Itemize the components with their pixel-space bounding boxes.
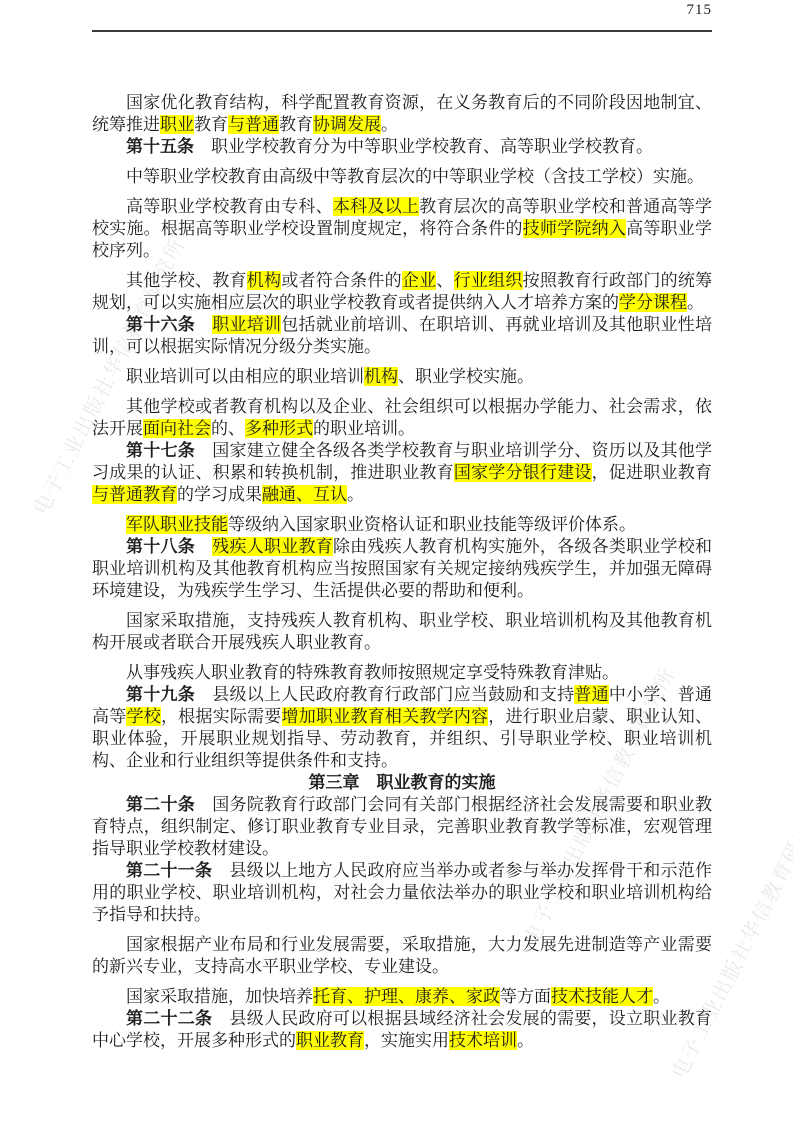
text-run: 的职业培训。 — [313, 419, 415, 438]
article-21: 第二十一条 县级以上地方人民政府应当举办或者参与举办发挥骨干和示范作用的职业学校… — [92, 860, 712, 926]
header-rule — [92, 30, 712, 32]
highlighted-text: 与普通教育 — [92, 485, 177, 504]
para-disabled-support: 国家采取措施，支持残疾人教育机构、职业学校、职业培训机构及其他教育机构开展或者联… — [92, 610, 712, 654]
highlighted-text: 协调发展 — [313, 115, 381, 134]
highlighted-text: 职业教育 — [296, 1031, 364, 1050]
text-run: ，促进职业教育 — [592, 463, 712, 482]
text-run: 。 — [687, 293, 704, 312]
highlighted-text: 残疾人职业教育 — [212, 537, 333, 556]
article-number: 第二十二条 — [126, 1009, 212, 1028]
article-number: 第十八条 — [126, 537, 195, 556]
text-run: 其他学校、教育 — [126, 271, 247, 290]
article-17: 第十七条 国家建立健全各级各类学校教育与职业培训学分、资历以及其他学习成果的认证… — [92, 440, 712, 506]
text-run: 的学习成果 — [177, 485, 262, 504]
highlighted-text: 普通 — [574, 685, 609, 704]
article-number: 第三章 职业教育的实施 — [309, 773, 496, 792]
text-run: 。 — [517, 1031, 534, 1050]
para-other-institutions: 其他学校、教育机构或者符合条件的企业、行业组织按照教育行政部门的统筹规划，可以实… — [92, 270, 712, 314]
para-coordinated-development: 国家优化教育结构，科学配置教育资源，在义务教育后的不同阶段因地制宜、统筹推进职业… — [92, 92, 712, 136]
text-run: ，实施实用 — [364, 1031, 449, 1050]
article-number: 第十六条 — [126, 315, 195, 334]
article-number: 第十五条 — [126, 137, 194, 156]
text-run: 。 — [653, 987, 670, 1006]
article-19: 第十九条 县级以上人民政府教育行政部门应当鼓励和支持普通中小学、普通高等学校，根… — [92, 684, 712, 772]
text-run: 职业培训可以由相应的职业培训 — [126, 367, 364, 386]
text-run: 中等职业学校教育由高级中等教育层次的中等职业学校（含技工学校）实施。 — [126, 167, 704, 186]
highlighted-text: 机构 — [247, 271, 282, 290]
highlighted-text: 机构 — [364, 367, 398, 386]
para-social-training: 其他学校或者教育机构以及企业、社会组织可以根据办学能力、社会需求，依法开展面向社… — [92, 396, 712, 440]
text-run: 教育 — [194, 115, 228, 134]
article-number: 第十七条 — [126, 441, 195, 460]
text-run: 的、 — [211, 419, 245, 438]
text-run: 。 — [381, 115, 398, 134]
para-military-skills: 军队职业技能等级纳入国家职业资格认证和职业技能等级评价体系。 — [92, 514, 712, 536]
document-page: 715 电子工业出版社华信教育研究所 电子工业出版社华信教育研究所 电子工业出版… — [0, 0, 793, 1122]
highlighted-text: 企业 — [402, 271, 437, 290]
highlighted-text: 学分课程 — [619, 293, 687, 312]
page-number: 715 — [687, 2, 713, 19]
highlighted-text: 学校 — [126, 707, 160, 726]
para-secondary-vocational: 中等职业学校教育由高级中等教育层次的中等职业学校（含技工学校）实施。 — [92, 166, 712, 188]
para-industry-majors: 国家根据产业布局和行业发展需要，采取措施，大力发展先进制造等产业需要的新兴专业，… — [92, 934, 712, 978]
highlighted-text: 技术培训 — [449, 1031, 517, 1050]
highlighted-text: 职业培训 — [212, 315, 281, 334]
para-training-providers: 职业培训可以由相应的职业培训机构、职业学校实施。 — [92, 366, 712, 388]
article-number: 第二十一条 — [126, 861, 212, 880]
text-run: 从事残疾人职业教育的特殊教育教师按照规定享受特殊教育津贴。 — [126, 663, 619, 682]
article-16: 第十六条 职业培训包括就业前培训、在职培训、再就业培训及其他职业性培训，可以根据… — [92, 314, 712, 358]
document-body: 国家优化教育结构，科学配置教育资源，在义务教育后的不同阶段因地制宜、统筹推进职业… — [92, 92, 712, 1052]
text-run: 国家根据产业布局和行业发展需要，采取措施，大力发展先进制造等产业需要的新兴专业，… — [92, 935, 712, 976]
highlighted-text: 本科及以上 — [333, 197, 419, 216]
highlighted-text: 行业组织 — [454, 271, 523, 290]
article-22: 第二十二条 县级人民政府可以根据县域经济社会发展的需要，设立职业教育中心学校，开… — [92, 1008, 712, 1052]
article-number: 第二十条 — [126, 795, 195, 814]
text-run: 。 — [347, 485, 364, 504]
chapter-3-heading: 第三章 职业教育的实施 — [92, 772, 712, 794]
text-run — [195, 315, 212, 334]
text-run: 高等职业学校教育由专科、 — [126, 197, 333, 216]
highlighted-text: 融通、互认 — [262, 485, 347, 504]
text-run: ，根据实际需要 — [161, 707, 282, 726]
article-number: 第十九条 — [126, 685, 195, 704]
article-18: 第十八条 残疾人职业教育除由残疾人教育机构实施外，各级各类职业学校和职业培训机构… — [92, 536, 712, 602]
article-20: 第二十条 国务院教育行政部门会同有关部门根据经济社会发展需要和职业教育特点，组织… — [92, 794, 712, 860]
highlighted-text: 托育、护理、康养、家政 — [313, 987, 500, 1006]
text-run: 县级以上人民政府教育行政部门应当鼓励和支持 — [195, 685, 574, 704]
highlighted-text: 面向社会 — [143, 419, 211, 438]
text-run: 、 — [436, 271, 453, 290]
highlighted-text: 多种形式 — [245, 419, 313, 438]
text-run: 或者符合条件的 — [281, 271, 402, 290]
highlighted-text: 技术技能人才 — [551, 987, 653, 1006]
para-higher-vocational: 高等职业学校教育由专科、本科及以上教育层次的高等职业学校和普通高等学校实施。根据… — [92, 196, 712, 262]
highlighted-text: 技师学院纳入 — [523, 219, 626, 238]
highlighted-text: 军队职业技能 — [126, 515, 228, 534]
text-run: 等级纳入国家职业资格认证和职业技能等级评价体系。 — [228, 515, 636, 534]
article-15: 第十五条 职业学校教育分为中等职业学校教育、高等职业学校教育。 — [92, 136, 712, 158]
text-run — [195, 537, 212, 556]
text-run: 、职业学校实施。 — [398, 367, 534, 386]
text-run: 等方面 — [500, 987, 551, 1006]
highlighted-text: 职业 — [160, 115, 194, 134]
text-run: 职业学校教育分为中等职业学校教育、高等职业学校教育。 — [194, 137, 653, 156]
highlighted-text: 增加职业教育相关教学内容 — [282, 707, 489, 726]
para-special-teachers: 从事残疾人职业教育的特殊教育教师按照规定享受特殊教育津贴。 — [92, 662, 712, 684]
text-run: 国家采取措施，支持残疾人教育机构、职业学校、职业培训机构及其他教育机构开展或者联… — [92, 611, 712, 652]
highlighted-text: 与普通 — [228, 115, 279, 134]
text-run: 教育 — [279, 115, 313, 134]
text-run: 国家采取措施，加快培养 — [126, 987, 313, 1006]
highlighted-text: 国家学分银行建设 — [454, 463, 592, 482]
para-skilled-talents: 国家采取措施，加快培养托育、护理、康养、家政等方面技术技能人才。 — [92, 986, 712, 1008]
